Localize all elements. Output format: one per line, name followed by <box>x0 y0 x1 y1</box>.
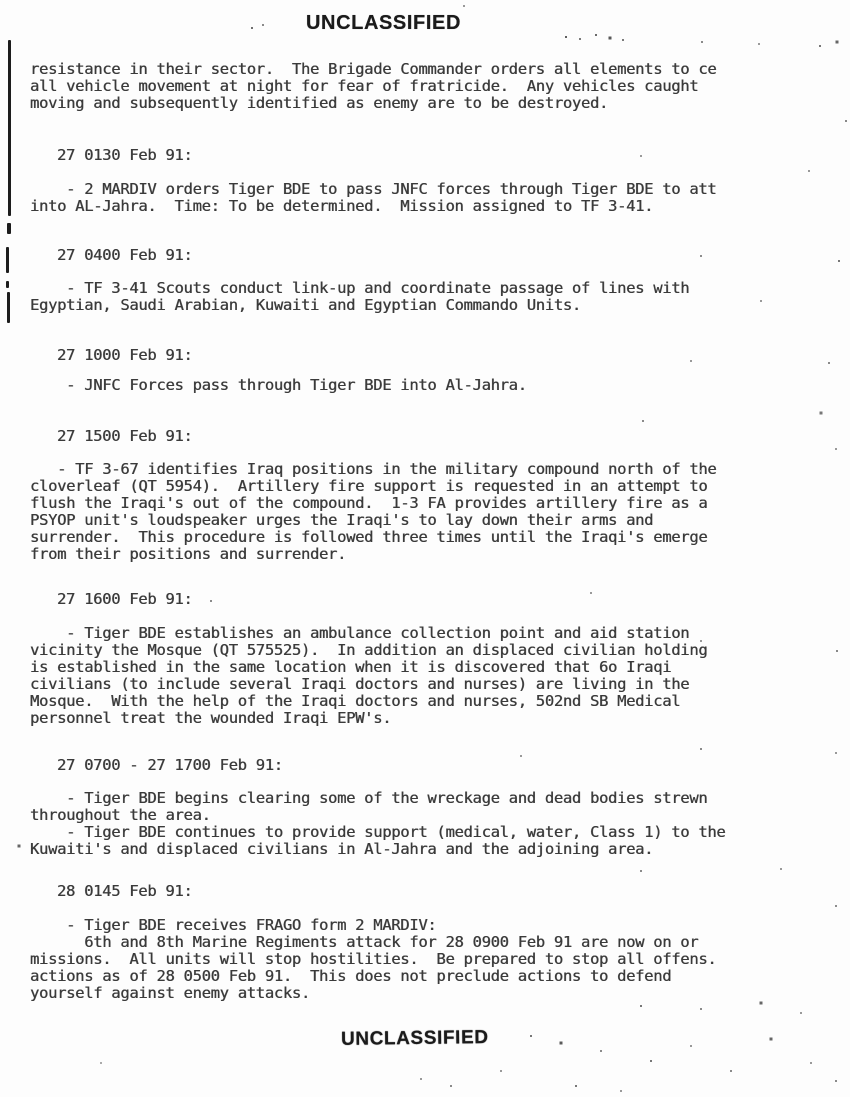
classification-banner-bottom: UNCLASSIFIED <box>341 1027 489 1050</box>
entry-paragraph: resistance in their sector. The Brigade … <box>30 61 716 112</box>
classification-banner-top: UNCLASSIFIED <box>306 12 461 34</box>
text-line: 6th and 8th Marine Regiments attack for … <box>30 934 716 951</box>
margin-artifact-line <box>6 247 9 273</box>
margin-artifact-mark <box>7 223 11 234</box>
text-line: resistance in their sector. The Brigade … <box>30 61 716 78</box>
entry-paragraph: - Tiger BDE begins clearing some of the … <box>30 790 725 858</box>
text-line: yourself against enemy attacks. <box>30 985 716 1002</box>
entry-paragraph: - 2 MARDIV orders Tiger BDE to pass JNFC… <box>30 181 716 215</box>
text-line: PSYOP unit's loudspeaker urges the Iraqi… <box>30 512 716 529</box>
margin-artifact-line <box>7 292 10 323</box>
text-line: all vehicle movement at night for fear o… <box>30 78 716 95</box>
margin-artifact-dot <box>6 281 9 288</box>
text-line: actions as of 28 0500 Feb 91. This does … <box>30 968 716 985</box>
entry-paragraph: - JNFC Forces pass through Tiger BDE int… <box>30 377 527 394</box>
text-line: - Tiger BDE begins clearing some of the … <box>30 790 725 807</box>
scan-noise-speckles <box>0 0 2 2</box>
entry-paragraph: - Tiger BDE receives FRAGO form 2 MARDIV… <box>30 917 716 1002</box>
timestamp-heading: 27 1600 Feb 91: <box>57 591 192 608</box>
text-line: - JNFC Forces pass through Tiger BDE int… <box>30 377 527 394</box>
text-line: personnel treat the wounded Iraqi EPW's. <box>30 710 707 727</box>
text-line: Egyptian, Saudi Arabian, Kuwaiti and Egy… <box>30 297 689 314</box>
text-line: Mosque. With the help of the Iraqi docto… <box>30 693 707 710</box>
entry-paragraph: - TF 3-41 Scouts conduct link-up and coo… <box>30 280 689 314</box>
text-line: missions. All units will stop hostilitie… <box>30 951 716 968</box>
text-line: into AL-Jahra. Time: To be determined. M… <box>30 198 716 215</box>
timestamp-heading: 28 0145 Feb 91: <box>57 883 192 900</box>
timestamp-heading: 27 0130 Feb 91: <box>57 147 192 164</box>
text-line: - Tiger BDE continues to provide support… <box>30 824 725 841</box>
text-line: flush the Iraqi's out of the compound. 1… <box>30 495 716 512</box>
entry-paragraph: - TF 3-67 identifies Iraq positions in t… <box>30 461 716 563</box>
text-line: - TF 3-41 Scouts conduct link-up and coo… <box>30 280 689 297</box>
text-line: - Tiger BDE establishes an ambulance col… <box>30 625 707 642</box>
text-line: vicinity the Mosque (QT 575525). In addi… <box>30 642 707 659</box>
text-line: cloverleaf (QT 5954). Artillery fire sup… <box>30 478 716 495</box>
scanned-document-page: UNCLASSIFIED resistance in their sector.… <box>0 0 850 1097</box>
timestamp-heading: 27 1500 Feb 91: <box>57 428 192 445</box>
text-line: surrender. This procedure is followed th… <box>30 529 716 546</box>
timestamp-heading: 27 1000 Feb 91: <box>57 347 192 364</box>
text-line: - TF 3-67 identifies Iraq positions in t… <box>30 461 716 478</box>
margin-artifact-line <box>8 40 11 216</box>
text-line: civilians (to include several Iraqi doct… <box>30 676 707 693</box>
text-line: is established in the same location when… <box>30 659 707 676</box>
timestamp-heading: 27 0700 - 27 1700 Feb 91: <box>57 757 283 774</box>
text-line: Kuwaiti's and displaced civilians in Al-… <box>30 841 725 858</box>
text-line: moving and subsequently identified as en… <box>30 95 716 112</box>
text-line: - 2 MARDIV orders Tiger BDE to pass JNFC… <box>30 181 716 198</box>
text-line: - Tiger BDE receives FRAGO form 2 MARDIV… <box>30 917 716 934</box>
text-line: throughout the area. <box>30 807 725 824</box>
entry-paragraph: - Tiger BDE establishes an ambulance col… <box>30 625 707 727</box>
timestamp-heading: 27 0400 Feb 91: <box>57 247 192 264</box>
text-line: from their positions and surrender. <box>30 546 716 563</box>
